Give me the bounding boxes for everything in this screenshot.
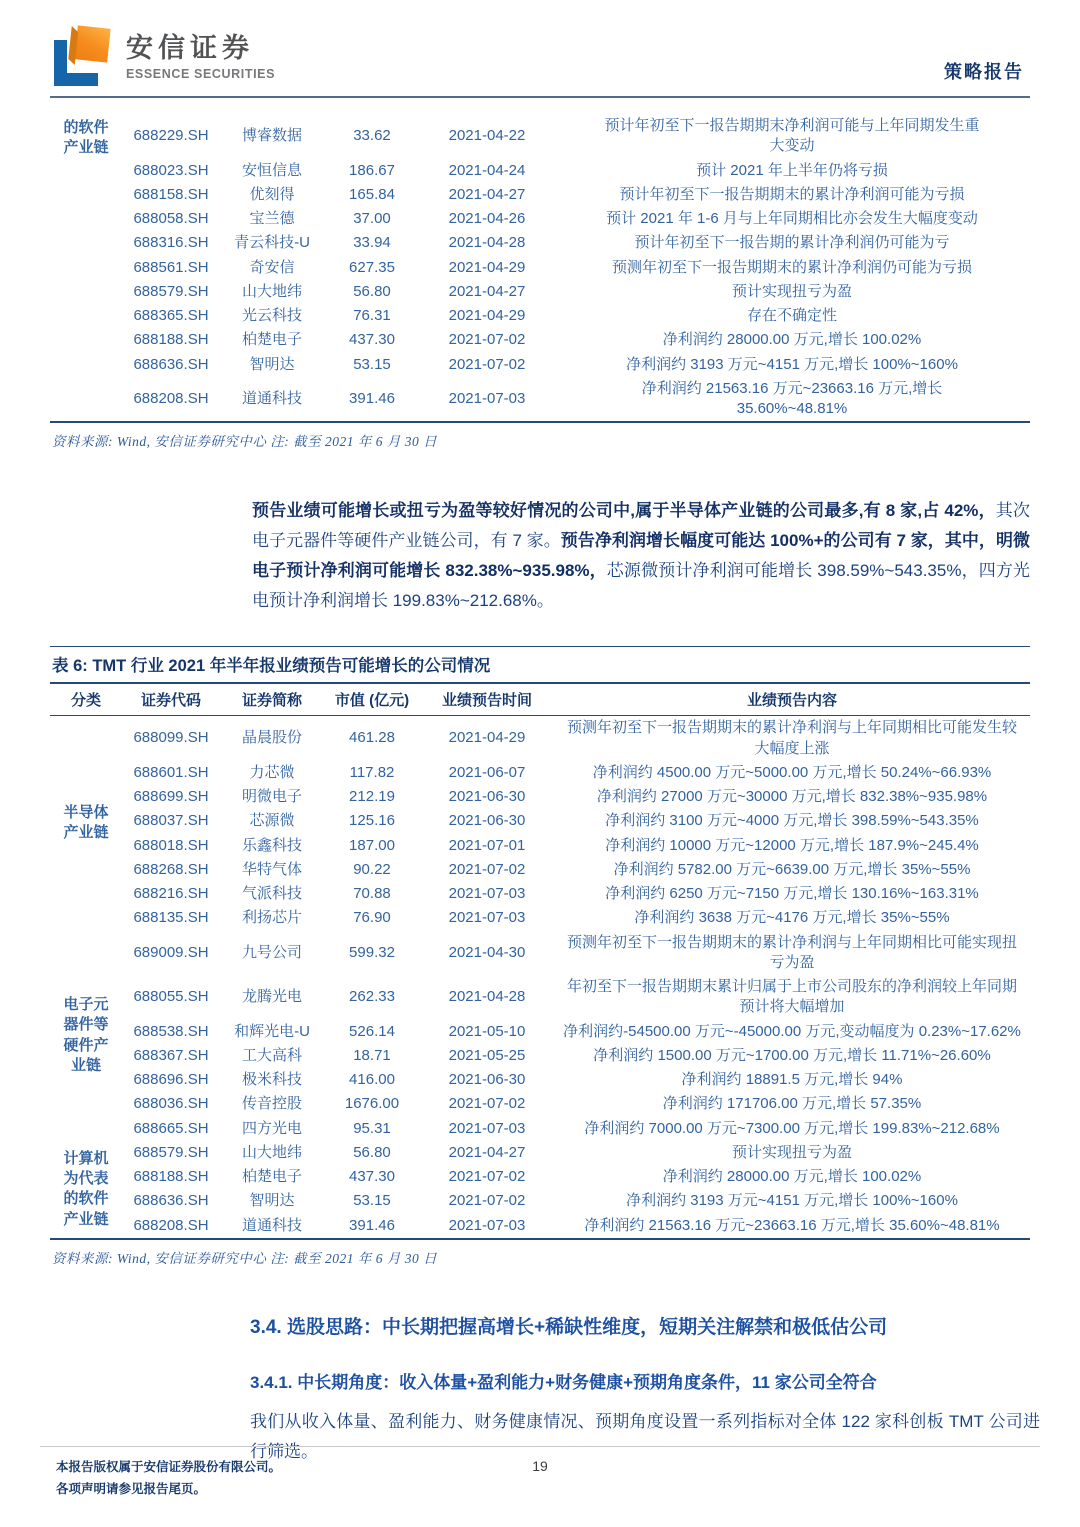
copyright-line2: 各项声明请参见报告尾页。 xyxy=(56,1478,281,1500)
cell-name: 和辉光电-U xyxy=(220,1020,324,1044)
col-ticker: 证券代码 xyxy=(122,684,220,716)
cell-code: 688636.SH xyxy=(122,353,220,377)
col-forecast-content: 业绩预告内容 xyxy=(554,684,1030,716)
cell-date: 2021-04-28 xyxy=(420,231,554,255)
table-row: 688158.SH优刻得165.842021-04-27预计年初至下一报告期期末… xyxy=(50,183,1030,207)
cell-content: 净利润约 6250 万元~7150 万元,增长 130.16%~163.31% xyxy=(554,882,1030,906)
cell-code: 688696.SH xyxy=(122,1068,220,1092)
cell-content: 预计年初至下一报告期期末净利润可能与上年同期发生重大变动 xyxy=(554,114,1030,159)
col-name: 证券简称 xyxy=(220,684,324,716)
cell-code: 688208.SH xyxy=(122,1214,220,1239)
cell-code: 688367.SH xyxy=(122,1044,220,1068)
cell-code: 688561.SH xyxy=(122,256,220,280)
table-row: 688037.SH芯源微125.162021-06-30净利润约 3100 万元… xyxy=(50,809,1030,833)
cell-content: 预计年初至下一报告期的累计净利润仍可能为亏 xyxy=(554,231,1030,255)
table-row: 688601.SH力芯微117.822021-06-07净利润约 4500.00… xyxy=(50,761,1030,785)
cell-cap: 416.00 xyxy=(324,1068,420,1092)
table6-body: 半导体 产业链688099.SH晶晨股份461.282021-04-29预测年初… xyxy=(50,716,1030,1239)
cell-cap: 33.94 xyxy=(324,231,420,255)
table6-growth-companies: 分类 证券代码 证券简称 市值 (亿元) 业绩预告时间 业绩预告内容 半导体 产… xyxy=(50,684,1030,1240)
table-row: 电子元 器件等 硬件产 业链689009.SH九号公司599.322021-04… xyxy=(50,931,1030,976)
cell-name: 光云科技 xyxy=(220,304,324,328)
cell-date: 2021-06-30 xyxy=(420,809,554,833)
cell-code: 688579.SH xyxy=(122,1141,220,1165)
cell-date: 2021-07-03 xyxy=(420,1214,554,1239)
cell-code: 688018.SH xyxy=(122,834,220,858)
cell-date: 2021-04-28 xyxy=(420,975,554,1020)
cell-cap: 70.88 xyxy=(324,882,420,906)
cell-code: 688158.SH xyxy=(122,183,220,207)
cell-name: 柏楚电子 xyxy=(220,1165,324,1189)
forecast-table-continued: 的软件 产业链688229.SH博睿数据33.622021-04-22预计年初至… xyxy=(50,114,1030,423)
cell-name: 乐鑫科技 xyxy=(220,834,324,858)
essence-securities-logo-icon xyxy=(54,26,110,88)
cell-date: 2021-07-02 xyxy=(420,353,554,377)
cell-date: 2021-05-10 xyxy=(420,1020,554,1044)
cell-name: 工大高科 xyxy=(220,1044,324,1068)
cell-content: 预计年初至下一报告期期末的累计净利润可能为亏损 xyxy=(554,183,1030,207)
cell-cap: 18.71 xyxy=(324,1044,420,1068)
cell-code: 688665.SH xyxy=(122,1117,220,1141)
cell-content: 预计 2021 年 1-6 月与上年同期相比亦会发生大幅度变动 xyxy=(554,207,1030,231)
cell-code: 689009.SH xyxy=(122,931,220,976)
report-type-label: 策略报告 xyxy=(944,58,1024,88)
cell-cap: 437.30 xyxy=(324,1165,420,1189)
cell-code: 688055.SH xyxy=(122,975,220,1020)
brand-name-en: ESSENCE SECURITIES xyxy=(126,67,275,81)
category-cell: 电子元 器件等 硬件产 业链 xyxy=(50,931,122,1141)
cell-content: 预计实现扭亏为盈 xyxy=(554,280,1030,304)
cell-date: 2021-07-02 xyxy=(420,858,554,882)
page-footer: 本报告版权属于安信证券股份有限公司。 各项声明请参见报告尾页。 19 xyxy=(0,1446,1080,1526)
cell-cap: 76.90 xyxy=(324,906,420,930)
cell-code: 688208.SH xyxy=(122,377,220,423)
cell-content: 预测年初至下一报告期期末的累计净利润与上年同期相比可能实现扭亏为盈 xyxy=(554,931,1030,976)
cell-code: 688579.SH xyxy=(122,280,220,304)
cell-content: 年初至下一报告期期末累计归属于上市公司股东的净利润较上年同期预计将大幅增加 xyxy=(554,975,1030,1020)
cell-date: 2021-04-24 xyxy=(420,159,554,183)
cell-name: 智明达 xyxy=(220,353,324,377)
cell-date: 2021-04-29 xyxy=(420,256,554,280)
footer-divider xyxy=(40,1446,1040,1447)
table6-header-row: 分类 证券代码 证券简称 市值 (亿元) 业绩预告时间 业绩预告内容 xyxy=(50,684,1030,716)
cell-content: 净利润约 3193 万元~4151 万元,增长 100%~160% xyxy=(554,1189,1030,1213)
cell-date: 2021-07-01 xyxy=(420,834,554,858)
cell-code: 688268.SH xyxy=(122,858,220,882)
report-page: 安信证券 ESSENCE SECURITIES 策略报告 的软件 产业链6882… xyxy=(0,0,1080,1467)
cell-cap: 526.14 xyxy=(324,1020,420,1044)
table-row: 688365.SH光云科技76.312021-04-29存在不确定性 xyxy=(50,304,1030,328)
cell-code: 688229.SH xyxy=(122,114,220,159)
table-row: 半导体 产业链688099.SH晶晨股份461.282021-04-29预测年初… xyxy=(50,716,1030,761)
cell-date: 2021-04-29 xyxy=(420,716,554,761)
cell-name: 青云科技-U xyxy=(220,231,324,255)
cell-content: 净利润约 1500.00 万元~1700.00 万元,增长 11.71%~26.… xyxy=(554,1044,1030,1068)
cell-content: 预计实现扭亏为盈 xyxy=(554,1141,1030,1165)
table-row: 688216.SH气派科技70.882021-07-03净利润约 6250 万元… xyxy=(50,882,1030,906)
cell-date: 2021-04-26 xyxy=(420,207,554,231)
cell-date: 2021-04-27 xyxy=(420,183,554,207)
cell-cap: 599.32 xyxy=(324,931,420,976)
cell-date: 2021-07-02 xyxy=(420,328,554,352)
cell-date: 2021-06-30 xyxy=(420,1068,554,1092)
cell-code: 688037.SH xyxy=(122,809,220,833)
cell-content: 预计 2021 年上半年仍将亏损 xyxy=(554,159,1030,183)
cell-cap: 627.35 xyxy=(324,256,420,280)
cell-cap: 53.15 xyxy=(324,1189,420,1213)
cell-cap: 56.80 xyxy=(324,1141,420,1165)
cell-code: 688036.SH xyxy=(122,1092,220,1116)
cell-code: 688216.SH xyxy=(122,882,220,906)
table-row: 688636.SH智明达53.152021-07-02净利润约 3193 万元~… xyxy=(50,353,1030,377)
cell-date: 2021-07-02 xyxy=(420,1189,554,1213)
cell-cap: 95.31 xyxy=(324,1117,420,1141)
cell-cap: 76.31 xyxy=(324,304,420,328)
cell-code: 688135.SH xyxy=(122,906,220,930)
table-row: 688036.SH传音控股1676.002021-07-02净利润约 17170… xyxy=(50,1092,1030,1116)
cell-content: 净利润约 3193 万元~4151 万元,增长 100%~160% xyxy=(554,353,1030,377)
table-row: 688018.SH乐鑫科技187.002021-07-01净利润约 10000 … xyxy=(50,834,1030,858)
cell-code: 688058.SH xyxy=(122,207,220,231)
cell-name: 传音控股 xyxy=(220,1092,324,1116)
cell-content: 净利润约 10000 万元~12000 万元,增长 187.9%~245.4% xyxy=(554,834,1030,858)
cell-name: 优刻得 xyxy=(220,183,324,207)
cell-content: 净利润约 28000.00 万元,增长 100.02% xyxy=(554,1165,1030,1189)
cell-date: 2021-06-07 xyxy=(420,761,554,785)
cell-cap: 90.22 xyxy=(324,858,420,882)
cell-date: 2021-07-02 xyxy=(420,1092,554,1116)
cell-name: 芯源微 xyxy=(220,809,324,833)
table6-header: 分类 证券代码 证券简称 市值 (亿元) 业绩预告时间 业绩预告内容 xyxy=(50,684,1030,716)
table-row: 688208.SH道通科技391.462021-07-03净利润约 21563.… xyxy=(50,377,1030,423)
table-row: 688208.SH道通科技391.462021-07-03净利润约 21563.… xyxy=(50,1214,1030,1239)
cell-content: 预测年初至下一报告期期末的累计净利润仍可能为亏损 xyxy=(554,256,1030,280)
cell-name: 九号公司 xyxy=(220,931,324,976)
cell-name: 晶晨股份 xyxy=(220,716,324,761)
cell-name: 道通科技 xyxy=(220,1214,324,1239)
table-row: 688188.SH柏楚电子437.302021-07-02净利润约 28000.… xyxy=(50,1165,1030,1189)
page-number: 19 xyxy=(0,1458,1080,1474)
cell-content: 净利润约 21563.16 万元~23663.16 万元,增长 35.60%~4… xyxy=(554,1214,1030,1239)
table-row: 688699.SH明微电子212.192021-06-30净利润约 27000 … xyxy=(50,785,1030,809)
source-note-top-table: 资料来源: Wind, 安信证券研究中心 注: 截至 2021 年 6 月 30… xyxy=(52,430,1030,450)
table-row: 688135.SH利扬芯片76.902021-07-03净利润约 3638 万元… xyxy=(50,906,1030,930)
col-marketcap: 市值 (亿元) xyxy=(324,684,420,716)
cell-name: 明微电子 xyxy=(220,785,324,809)
cell-cap: 37.00 xyxy=(324,207,420,231)
cell-name: 华特气体 xyxy=(220,858,324,882)
cell-name: 宝兰德 xyxy=(220,207,324,231)
cell-name: 安恒信息 xyxy=(220,159,324,183)
cell-cap: 33.62 xyxy=(324,114,420,159)
cell-date: 2021-04-30 xyxy=(420,931,554,976)
cell-cap: 391.46 xyxy=(324,377,420,423)
cell-cap: 262.33 xyxy=(324,975,420,1020)
cell-date: 2021-07-02 xyxy=(420,1165,554,1189)
cell-code: 688365.SH xyxy=(122,304,220,328)
cell-content: 净利润约 3638 万元~4176 万元,增长 35%~55% xyxy=(554,906,1030,930)
cell-name: 利扬芯片 xyxy=(220,906,324,930)
cell-date: 2021-05-25 xyxy=(420,1044,554,1068)
cell-name: 气派科技 xyxy=(220,882,324,906)
cell-date: 2021-04-29 xyxy=(420,304,554,328)
source-note-table6: 资料来源: Wind, 安信证券研究中心 注: 截至 2021 年 6 月 30… xyxy=(52,1247,1030,1267)
cell-content: 净利润约 3100 万元~4000 万元,增长 398.59%~543.35% xyxy=(554,809,1030,833)
table-row: 688058.SH宝兰德37.002021-04-26预计 2021 年 1-6… xyxy=(50,207,1030,231)
cell-cap: 437.30 xyxy=(324,328,420,352)
table-row: 688561.SH奇安信627.352021-04-29预测年初至下一报告期期末… xyxy=(50,256,1030,280)
cell-name: 智明达 xyxy=(220,1189,324,1213)
cell-content: 净利润约 18891.5 万元,增长 94% xyxy=(554,1068,1030,1092)
table-row: 688696.SH极米科技416.002021-06-30净利润约 18891.… xyxy=(50,1068,1030,1092)
table-row: 的软件 产业链688229.SH博睿数据33.622021-04-22预计年初至… xyxy=(50,114,1030,159)
cell-content: 净利润约 5782.00 万元~6639.00 万元,增长 35%~55% xyxy=(554,858,1030,882)
cell-code: 688636.SH xyxy=(122,1189,220,1213)
cell-content: 净利润约 7000.00 万元~7300.00 万元,增长 199.83%~21… xyxy=(554,1117,1030,1141)
cell-cap: 187.00 xyxy=(324,834,420,858)
cell-code: 688023.SH xyxy=(122,159,220,183)
cell-code: 688699.SH xyxy=(122,785,220,809)
summary-paragraph: 预告业绩可能增长或扭亏为盈等较好情况的公司中,属于半导体产业链的公司最多,有 8… xyxy=(252,496,1030,616)
paragraph-segment: 预告业绩可能增长或扭亏为盈等较好情况的公司中,属于半导体产业链的公司最多,有 8… xyxy=(252,501,996,520)
col-category: 分类 xyxy=(50,684,122,716)
cell-date: 2021-07-03 xyxy=(420,882,554,906)
table-row: 688188.SH柏楚电子437.302021-07-02净利润约 28000.… xyxy=(50,328,1030,352)
page-header: 安信证券 ESSENCE SECURITIES 策略报告 xyxy=(50,26,1030,98)
cell-name: 极米科技 xyxy=(220,1068,324,1092)
table-row: 688579.SH山大地纬56.802021-04-27预计实现扭亏为盈 xyxy=(50,280,1030,304)
cell-name: 道通科技 xyxy=(220,377,324,423)
table-row: 688055.SH龙腾光电262.332021-04-28年初至下一报告期期末累… xyxy=(50,975,1030,1020)
table-row: 688665.SH四方光电95.312021-07-03净利润约 7000.00… xyxy=(50,1117,1030,1141)
cell-cap: 1676.00 xyxy=(324,1092,420,1116)
category-cell: 的软件 产业链 xyxy=(50,114,122,422)
cell-code: 688099.SH xyxy=(122,716,220,761)
cell-content: 净利润约 171706.00 万元,增长 57.35% xyxy=(554,1092,1030,1116)
cell-date: 2021-04-22 xyxy=(420,114,554,159)
cell-content: 净利润约 27000 万元~30000 万元,增长 832.38%~935.98… xyxy=(554,785,1030,809)
cell-date: 2021-04-27 xyxy=(420,1141,554,1165)
cell-cap: 461.28 xyxy=(324,716,420,761)
cell-name: 山大地纬 xyxy=(220,280,324,304)
category-cell: 半导体 产业链 xyxy=(50,716,122,931)
cell-cap: 53.15 xyxy=(324,353,420,377)
cell-content: 净利润约-54500.00 万元~-45000.00 万元,变动幅度为 0.23… xyxy=(554,1020,1030,1044)
cell-date: 2021-07-03 xyxy=(420,1117,554,1141)
cell-code: 688538.SH xyxy=(122,1020,220,1044)
brand-name-cn: 安信证券 xyxy=(126,33,275,64)
cell-name: 奇安信 xyxy=(220,256,324,280)
cell-content: 净利润约 4500.00 万元~5000.00 万元,增长 50.24%~66.… xyxy=(554,761,1030,785)
forecast-table-continued-body: 的软件 产业链688229.SH博睿数据33.622021-04-22预计年初至… xyxy=(50,114,1030,422)
cell-cap: 165.84 xyxy=(324,183,420,207)
cell-date: 2021-04-27 xyxy=(420,280,554,304)
section-3-4-1-heading: 3.4.1. 中长期角度：收入体量+盈利能力+财务健康+预期角度条件，11 家公… xyxy=(250,1371,1030,1395)
cell-name: 龙腾光电 xyxy=(220,975,324,1020)
cell-cap: 125.16 xyxy=(324,809,420,833)
cell-date: 2021-07-03 xyxy=(420,906,554,930)
cell-name: 力芯微 xyxy=(220,761,324,785)
cell-name: 山大地纬 xyxy=(220,1141,324,1165)
cell-content: 存在不确定性 xyxy=(554,304,1030,328)
table-row: 计算机 为代表 的软件 产业链688579.SH山大地纬56.802021-04… xyxy=(50,1141,1030,1165)
cell-content: 预测年初至下一报告期期末的累计净利润与上年同期相比可能发生较大幅度上涨 xyxy=(554,716,1030,761)
cell-date: 2021-06-30 xyxy=(420,785,554,809)
cell-name: 博睿数据 xyxy=(220,114,324,159)
table-row: 688538.SH和辉光电-U526.142021-05-10净利润约-5450… xyxy=(50,1020,1030,1044)
category-cell: 计算机 为代表 的软件 产业链 xyxy=(50,1141,122,1239)
cell-cap: 186.67 xyxy=(324,159,420,183)
table-row: 688268.SH华特气体90.222021-07-02净利润约 5782.00… xyxy=(50,858,1030,882)
cell-cap: 56.80 xyxy=(324,280,420,304)
table-row: 688316.SH青云科技-U33.942021-04-28预计年初至下一报告期… xyxy=(50,231,1030,255)
cell-content: 净利润约 28000.00 万元,增长 100.02% xyxy=(554,328,1030,352)
cell-cap: 391.46 xyxy=(324,1214,420,1239)
section-3-4-heading: 3.4. 选股思路：中长期把握高增长+稀缺性维度，短期关注解禁和极低估公司 xyxy=(250,1315,1030,1342)
cell-cap: 212.19 xyxy=(324,785,420,809)
col-forecast-date: 业绩预告时间 xyxy=(420,684,554,716)
brand-text: 安信证券 ESSENCE SECURITIES xyxy=(126,33,275,81)
logo-cube-icon xyxy=(74,25,110,62)
cell-name: 四方光电 xyxy=(220,1117,324,1141)
table-row: 688023.SH安恒信息186.672021-04-24预计 2021 年上半… xyxy=(50,159,1030,183)
cell-code: 688601.SH xyxy=(122,761,220,785)
table-row: 688636.SH智明达53.152021-07-02净利润约 3193 万元~… xyxy=(50,1189,1030,1213)
cell-name: 柏楚电子 xyxy=(220,328,324,352)
cell-code: 688188.SH xyxy=(122,1165,220,1189)
table-row: 688367.SH工大高科18.712021-05-25净利润约 1500.00… xyxy=(50,1044,1030,1068)
cell-code: 688188.SH xyxy=(122,328,220,352)
cell-code: 688316.SH xyxy=(122,231,220,255)
cell-date: 2021-07-03 xyxy=(420,377,554,423)
cell-cap: 117.82 xyxy=(324,761,420,785)
brand-logo: 安信证券 ESSENCE SECURITIES xyxy=(54,26,275,88)
cell-content: 净利润约 21563.16 万元~23663.16 万元,增长 35.60%~4… xyxy=(554,377,1030,423)
table6-title: 表 6: TMT 行业 2021 年半年报业绩预告可能增长的公司情况 xyxy=(50,646,1030,684)
